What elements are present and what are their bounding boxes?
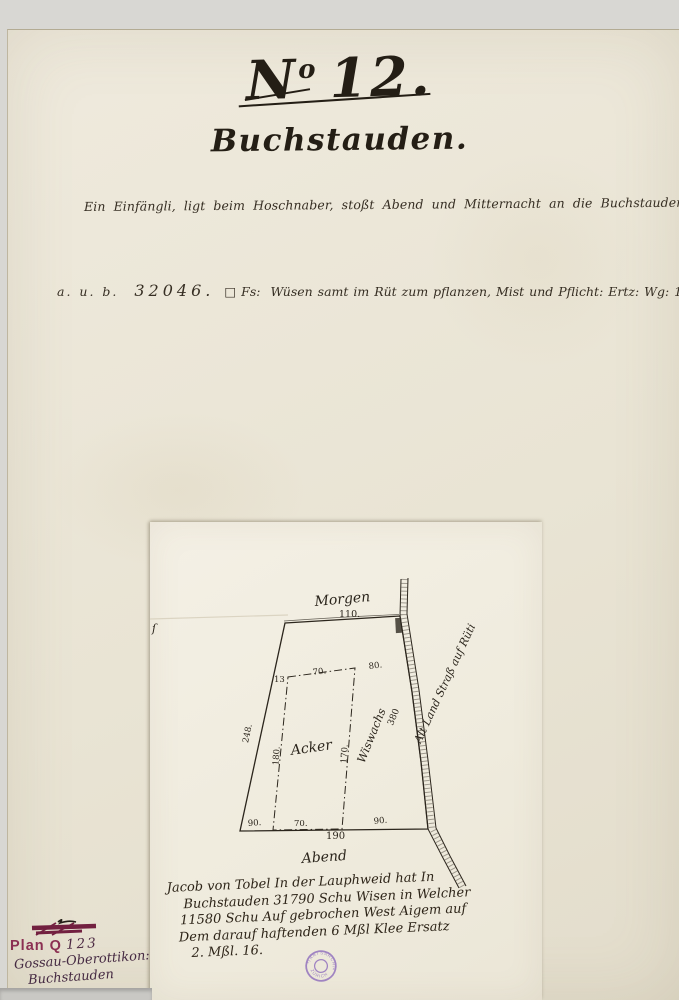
- corner-marker: [395, 618, 402, 633]
- document-scan: No 12. Buchstauden. Ein Einfängli, ligt …: [0, 0, 679, 1000]
- paper-stain: [428, 150, 648, 370]
- plan-q-stamp-label: Plan Q: [10, 938, 62, 954]
- measure-inner-top-left: 13: [274, 675, 285, 685]
- measure-inner-top: 70.: [312, 666, 327, 678]
- plan-number-sup: o: [298, 55, 316, 85]
- paper-crease: [150, 615, 288, 619]
- plan-number-stamp-block: Plan Q 123 Gossau-Oberottikon: Buchstaud…: [8, 916, 188, 1000]
- area-measure-line: a. u. b.32046.□ Fs:Wüsen samt im Rüt zum…: [57, 281, 642, 300]
- sheet-corner-mark: ſ: [151, 622, 158, 635]
- plan-direction-bottom-label: Abend: [299, 848, 347, 867]
- measure-inner-right: 170.: [339, 744, 350, 764]
- measure-left-edge: 248.: [241, 723, 255, 744]
- measure-road-side: 380: [386, 707, 402, 727]
- measure-top-edge: 110.: [339, 609, 360, 620]
- area-prefix: a. u. b.: [57, 284, 118, 299]
- plan-number-handwritten: 123: [66, 935, 99, 953]
- parcel-label: Acker: [288, 737, 335, 759]
- road-label: Alt Land Straß auf Rüti: [411, 622, 478, 746]
- road-hatching: [404, 579, 463, 887]
- area-unit: □ Fs:: [224, 284, 260, 299]
- stamp-star-left: *: [306, 961, 310, 967]
- measure-inner-top-right: 80.: [368, 660, 383, 672]
- area-value: 32046.: [134, 281, 214, 300]
- measure-inner-left: 180.: [271, 746, 282, 766]
- plan-number-title: No 12.: [245, 44, 433, 113]
- measure-bottom-total: 190: [326, 831, 345, 842]
- place-name-title: Buchstauden.: [0, 118, 679, 161]
- meadow-label: Wiswachs: [354, 706, 389, 765]
- area-note: Wüsen samt im Rüt zum pflanzen, Mist und…: [270, 284, 679, 299]
- measure-bottom-left: 90.: [248, 818, 262, 829]
- parcel-boundary: [240, 616, 428, 831]
- measure-bottom-center: 70.: [294, 819, 308, 829]
- plan-direction-top-label: Morgen: [313, 589, 371, 610]
- page-title: No 12.: [0, 46, 679, 110]
- plan-inset-sheet: Morgen 110. 13 70. 80. 248. 180. Acker 1…: [150, 522, 542, 1000]
- measure-bottom-right: 90.: [373, 816, 388, 827]
